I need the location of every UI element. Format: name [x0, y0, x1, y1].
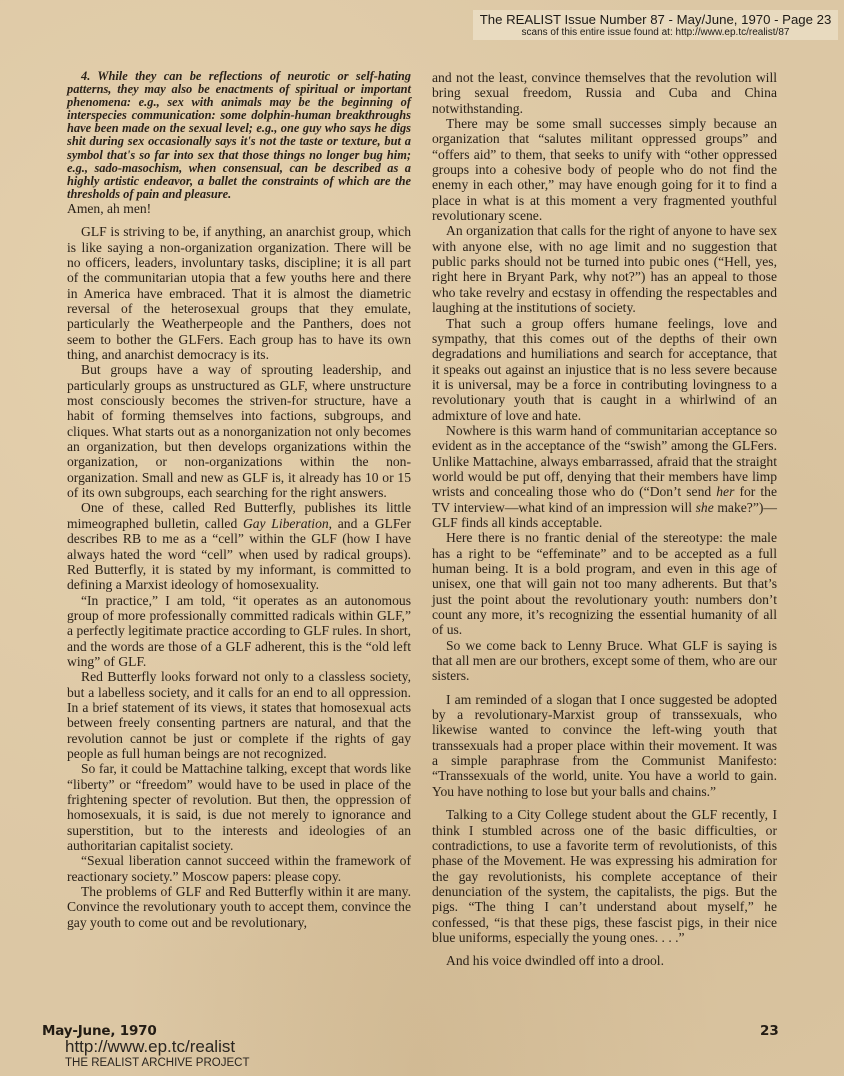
paragraph: So we come back to Lenny Bruce. What GLF…	[432, 638, 777, 684]
paragraph: and not the least, convince themselves t…	[432, 70, 777, 116]
paragraph: And his voice dwindled off into a drool.	[432, 953, 777, 968]
paragraph: An organization that calls for the right…	[432, 223, 777, 315]
italic-emphasis: she	[696, 500, 714, 515]
paragraph: Nowhere is this warm hand of communitari…	[432, 423, 777, 530]
paragraph: I am reminded of a slogan that I once su…	[432, 692, 777, 799]
left-column: 4. While they can be reflections of neur…	[67, 70, 411, 930]
right-column: and not the least, convince themselves t…	[432, 70, 777, 969]
paragraph: There may be some small successes simply…	[432, 116, 777, 223]
paragraph: The problems of GLF and Red Butterfly wi…	[67, 884, 411, 930]
archive-banner: The REALIST Issue Number 87 - May/June, …	[473, 10, 838, 40]
issue-title: The REALIST Issue Number 87 - May/June, …	[473, 12, 838, 27]
italic-emphasis: her	[716, 484, 734, 499]
paragraph: GLF is striving to be, if anything, an a…	[67, 224, 411, 362]
paragraph: One of these, called Red Butterfly, publ…	[67, 500, 411, 592]
footnote-4: 4. While they can be reflections of neur…	[67, 70, 411, 201]
paragraph: “Sexual liberation cannot succeed within…	[67, 853, 411, 884]
paragraph: Talking to a City College student about …	[432, 807, 777, 945]
paragraph: “In practice,” I am told, “it operates a…	[67, 593, 411, 670]
paragraph: So far, it could be Mattachine talking, …	[67, 761, 411, 853]
archive-url[interactable]: http://www.ep.tc/realist	[65, 1037, 235, 1057]
amen-line: Amen, ah men!	[67, 201, 411, 216]
paragraph: That such a group offers humane feelings…	[432, 316, 777, 423]
page-number: 23	[760, 1023, 779, 1039]
paragraph: But groups have a way of sprouting leade…	[67, 362, 411, 500]
archive-project-label: THE REALIST ARCHIVE PROJECT	[65, 1057, 249, 1069]
paragraph: Here there is no frantic denial of the s…	[432, 530, 777, 637]
paragraph: Red Butterfly looks forward not only to …	[67, 669, 411, 761]
italic-emphasis: Gay Liberation	[243, 516, 329, 531]
issue-scans-link-text: scans of this entire issue found at: htt…	[473, 27, 838, 39]
